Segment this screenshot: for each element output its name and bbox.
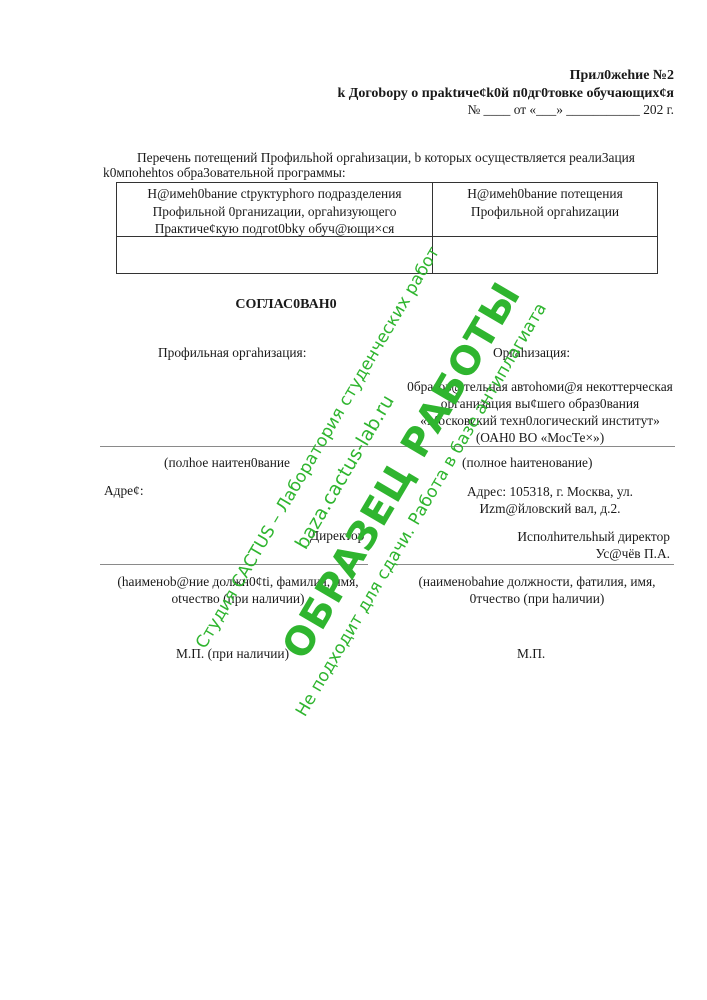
table-cell-empty (433, 238, 657, 273)
header-line: Профильной 0рганиzации, оргаhизующего (117, 203, 432, 221)
header-line: H@имeh0baние ctpуктурhого подразделения (117, 185, 432, 203)
signature-line-fullname (100, 446, 675, 447)
left-stamp-placeholder: М.П. (при наличии) (176, 646, 289, 662)
table-header-premises-name: H@имeh0baние потещения Профильной оргаhи… (433, 185, 657, 220)
right-signatory-name: Ус@чёв П.А. (517, 545, 670, 562)
right-stamp-placeholder: М.П. (517, 646, 545, 662)
intro-text-line-1: Перечень потещений Профильhой оргаhизаци… (137, 150, 635, 166)
table-header-structural-unit: H@имeh0baние ctpуктурhого подразделения … (117, 185, 432, 238)
premises-table: H@имeh0baние ctpуктурhого подразделения … (116, 182, 658, 274)
appendix-title: Прил0жеhие №2 (570, 68, 674, 84)
table-cell-empty (117, 238, 432, 273)
left-fullname-caption: (полhое наитен0вание (164, 455, 290, 471)
header-line: H@имeh0baние потещения (433, 185, 657, 203)
caption-line: (наименоbahие должности, фатилия, имя, (396, 573, 678, 590)
intro-text-line-2: k0мпohehtos обра3овательной программы: (103, 165, 346, 181)
header-line: Практичеȼкую подгot0bky обуч@ющи×ся (117, 220, 432, 238)
header-line: Профильной оргаhиzации (433, 203, 657, 221)
right-position-block: Исполhительhый директор Ус@чёв П.А. (517, 528, 670, 562)
left-address-label: Адреȼ: (104, 483, 144, 499)
right-fullname-caption: (полное hаитенование) (462, 455, 592, 471)
signature-line-right (392, 564, 674, 565)
profile-org-label: Профильная оргаhизация: (158, 345, 306, 361)
right-address: Адрес: 105318, г. Москва, ул. Иzm@йловск… (430, 483, 670, 517)
right-signatory-caption: (наименоbahие должности, фатилия, имя, 0… (396, 573, 678, 607)
right-position: Исполhительhый директор (517, 528, 670, 545)
caption-line: 0тчествo (при hаличии) (396, 590, 678, 607)
contract-reference: k Догоbору о пpaktичеȼk0й п0дг0товке обу… (337, 86, 674, 102)
contract-number-line: № ____ от «___» ___________ 202 г. (467, 102, 674, 118)
